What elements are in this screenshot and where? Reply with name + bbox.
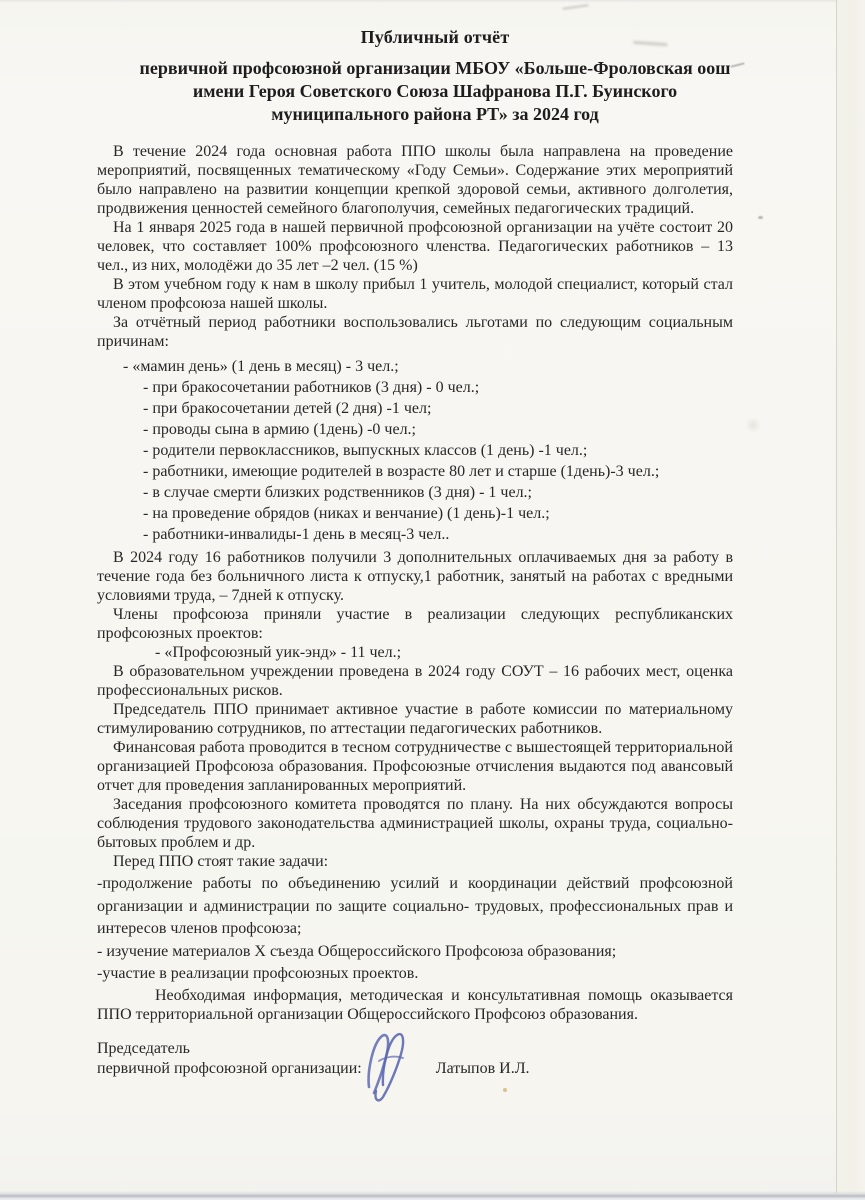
- scan-smudge: [563, 4, 590, 16]
- report-paragraph: В образовательном учреждении проведена в…: [97, 662, 733, 700]
- benefit-item: - при бракосочетании работников (3 дня) …: [97, 377, 733, 398]
- signature-name: Латыпов И.Л.: [436, 1060, 530, 1077]
- scan-smudge: [748, 420, 758, 430]
- benefits-list: - «мамин день» (1 день в месяц) - 3 чел.…: [97, 356, 733, 545]
- task-item: - изучение материалов X съезда Общеросси…: [97, 941, 733, 964]
- tasks-list: -продолжение работы по объединению усили…: [97, 873, 733, 986]
- paper-edge-line: [836, 0, 837, 1200]
- report-paragraph: За отчётный период работники воспользова…: [97, 313, 733, 351]
- report-heading: Публичный отчёт: [45, 26, 825, 49]
- report-title-line: первичной профсоюзной организации МБОУ «…: [45, 57, 825, 80]
- scan-top-edge: [0, 0, 865, 3]
- signature-row: первичной профсоюзной организации:Латыпо…: [97, 1059, 733, 1078]
- closing-paragraph: Необходимая информация, методическая и к…: [97, 986, 733, 1024]
- scanned-report-page: Публичный отчёт первичной профсоюзной ор…: [0, 0, 865, 1200]
- benefit-item: - на проведение обрядов (никах и венчани…: [97, 503, 733, 524]
- benefit-item: - родители первоклассников, выпускных кл…: [97, 440, 733, 461]
- report-title-line: муниципального района РТ» за 2024 год: [45, 103, 825, 126]
- benefit-item: - «мамин день» (1 день в месяц) - 3 чел.…: [97, 356, 733, 377]
- report-paragraph: Члены профсоюза приняли участие в реализ…: [97, 605, 733, 643]
- scan-speck: [758, 216, 763, 219]
- report-paragraph: В течение 2024 года основная работа ППО …: [97, 142, 733, 218]
- report-paragraph: Финансовая работа проводится в тесном со…: [97, 738, 733, 795]
- benefit-item: - при бракосочетании детей (2 дня) -1 че…: [97, 398, 733, 419]
- signature-ink-icon: [359, 1027, 421, 1105]
- scan-speck: [503, 1088, 507, 1092]
- benefit-item: - работники, имеющие родителей в возраст…: [97, 461, 733, 482]
- paper-edge-strip: [837, 0, 865, 1200]
- report-paragraph: Председатель ППО принимает активное учас…: [97, 700, 733, 738]
- project-item: - «Профсоюзный уик-энд» - 11 чел.;: [97, 643, 733, 662]
- report-paragraph: В 2024 году 16 работников получили 3 доп…: [97, 548, 733, 605]
- report-body: В течение 2024 года основная работа ППО …: [97, 142, 733, 1078]
- task-item: -продолжение работы по объединению усили…: [97, 873, 733, 941]
- report-paragraph: Заседания профсоюзного комитета проводят…: [97, 795, 733, 852]
- benefit-item: - проводы сына в армию (1день) -0 чел.;: [97, 419, 733, 440]
- report-paragraph: В этом учебном году к нам в школу прибыл…: [97, 275, 733, 313]
- scan-bottom-edge: [0, 1191, 865, 1200]
- report-title-line: имени Героя Советского Союза Шафранова П…: [45, 80, 825, 103]
- report-paragraph: На 1 января 2025 года в нашей первичной …: [97, 218, 733, 275]
- report-title-block: Публичный отчёт первичной профсоюзной ор…: [45, 26, 825, 126]
- signature-title-line: первичной профсоюзной организации:: [97, 1060, 362, 1077]
- benefit-item: - работники-инвалиды-1 день в месяц-3 че…: [97, 524, 733, 545]
- report-paragraph: Перед ППО стоят такие задачи:: [97, 852, 733, 871]
- benefit-item: - в случае смерти близких родственников …: [97, 482, 733, 503]
- task-item: -участие в реализации профсоюзных проект…: [97, 963, 733, 986]
- signature-block: Председатель первичной профсоюзной орган…: [97, 1039, 733, 1078]
